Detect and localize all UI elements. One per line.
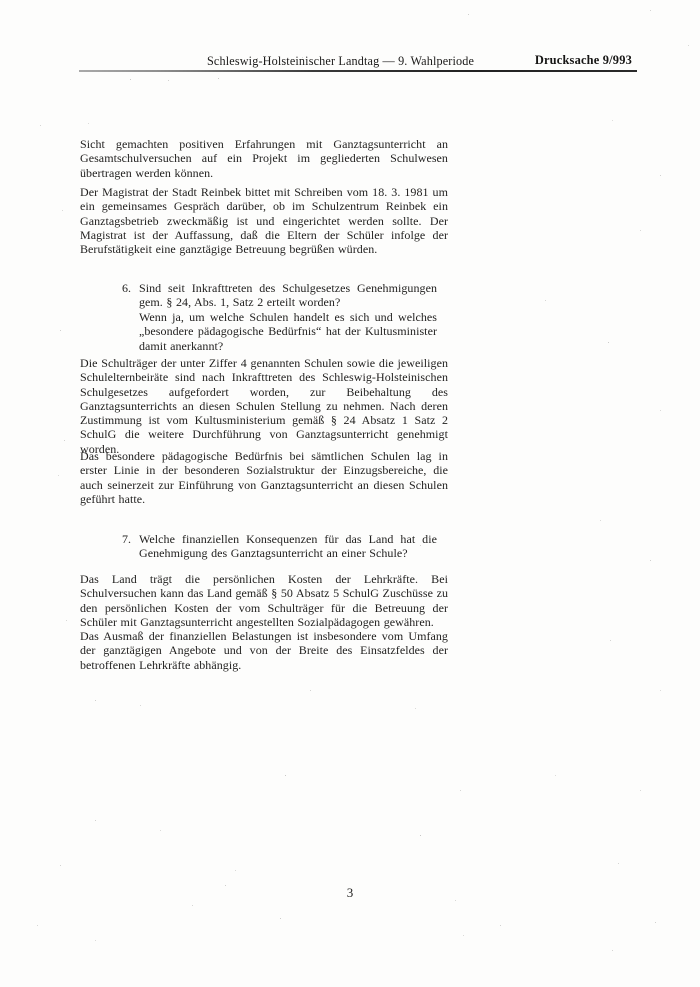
header-document-number: Drucksache 9/993 [535,53,632,67]
paragraph-schultraeger-answer: Die Schulträger der unter Ziffer 4 genan… [80,356,448,456]
paragraph-intro-continuation: Sicht gemachten positiven Erfahrungen mi… [80,137,448,180]
page-number: 3 [0,885,700,900]
question-6-text: Sind seit Inkrafttreten des Schulgesetze… [139,281,437,310]
document-page: Schleswig-Holsteinischer Landtag — 9. Wa… [0,0,700,987]
question-7-number: 7. [122,532,139,546]
paragraph-beduerfnis-answer: Das besondere pädagogische Bedürfnis bei… [80,449,448,506]
question-7-text: Welche finanziellen Konsequenzen für das… [139,532,437,561]
paragraph-ausmass-answer: Das Ausmaß der finanziellen Belastungen … [80,629,448,672]
question-6: 6. Sind seit Inkrafttreten des Schulgese… [80,281,448,353]
scan-noise [0,0,1,1]
question-6-followup: Wenn ja, um welche Schulen handelt es si… [139,310,437,353]
paragraph-magistrat-reinbek: Der Magistrat der Stadt Reinbek bittet m… [80,185,448,256]
question-6-number: 6. [122,281,139,295]
paragraph-kosten-answer: Das Land trägt die persönlichen Kosten d… [80,572,448,629]
question-6-text-block: Sind seit Inkrafttreten des Schulgesetze… [139,281,437,353]
question-7-text-block: Welche finanziellen Konsequenzen für das… [139,532,437,561]
document-body: Sicht gemachten positiven Erfahrungen mi… [80,0,448,987]
question-7: 7. Welche finanziellen Konsequenzen für … [80,532,448,561]
